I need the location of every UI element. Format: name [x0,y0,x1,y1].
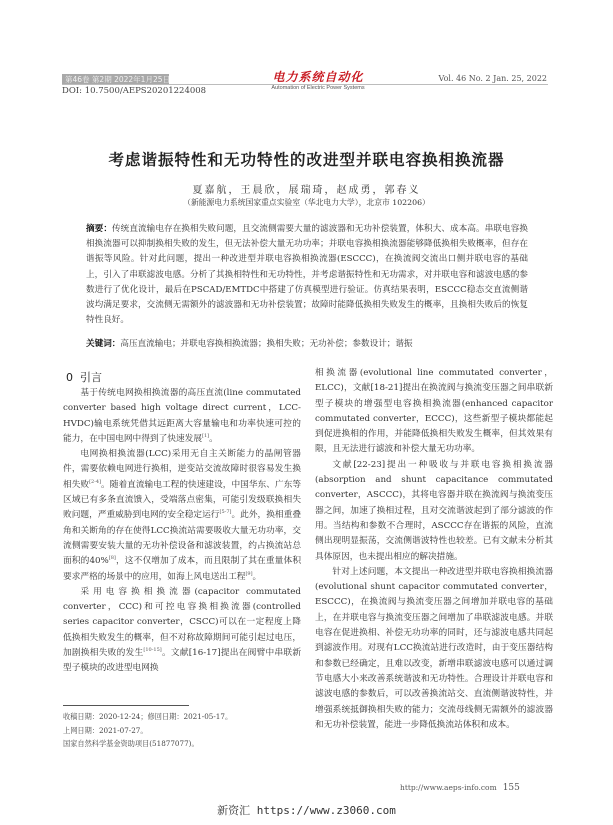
page-footer: http://www.aeps-info.com155 [400,783,520,793]
footnote-rule [63,705,189,706]
journal-name-cn: 电力系统自动化 [258,70,378,84]
abstract-text: 传统直流输电存在换相失败问题，且交流侧需要大量的滤波器和无功补偿装置，体积大、成… [86,224,528,325]
received-date: 收稿日期：2020-12-24；修回日期：2021-05-17。 [63,710,232,724]
online-date: 上网日期：2021-07-27。 [63,724,232,738]
paragraph: 相换流器(evolutional line commutated convert… [315,366,553,458]
keywords-label: 关键词： [86,339,120,349]
paragraph: 针对上述问题，本文提出一种改进型并联电容换相换流器(evolutional sh… [315,565,553,733]
citation: [9] [245,571,252,577]
journal-name-en: Automation of Electric Power Systems [258,84,378,92]
paragraph: 文献[22-23]提出一种吸收与并联电容换相换流器(absorption and… [315,458,553,565]
funding: 国家自然科学基金资助项目(51877077)。 [63,737,232,751]
citation: [10-15] [143,647,161,653]
paragraph: 电网换相换流器(LCC)采用无自主关断能力的晶闸管器件，需要依赖电网进行换相，逆… [63,447,301,585]
journal-logo: 电力系统自动化 Automation of Electric Power Sys… [258,70,378,92]
watermark: 新资汇 https://www.z3060.com [0,802,613,818]
section-title: 引言 [80,371,102,384]
abstract-label: 摘要： [86,224,112,234]
citation: [2-4] [89,479,101,485]
keywords: 关键词：高压直流输电；并联电容换相换流器；换相失败；无功补偿；参数设计；谐振 [86,337,528,352]
page-number: 155 [503,783,520,793]
keywords-text: 高压直流输电；并联电容换相换流器；换相失败；无功补偿；参数设计；谐振 [120,339,412,349]
section-number: 0 [66,371,73,384]
affiliation: （新能源电力系统国家重点实验室（华北电力大学），北京市 102206） [0,197,613,208]
citation: [8] [109,555,116,561]
right-column: 相换流器(evolutional line commutated convert… [315,366,553,733]
paragraph: 采用电容换相换流器(capacitor commutated converter… [63,585,301,677]
authors: 夏嘉航，王晨欣，展瑞琦，赵成勇，郭春义 [0,181,613,196]
doi: DOI: 10.7500/AEPS20201224008 [62,86,206,96]
journal-url[interactable]: http://www.aeps-info.com [400,783,497,792]
paper-title: 考虑谐振特性和无功特性的改进型并联电容换相换流器 [0,148,613,170]
paragraph: 基于传统电网换相换流器的高压直流(line commutated convert… [63,386,301,447]
abstract: 摘要：传统直流输电存在换相失败问题，且交流侧需要大量的滤波器和无功补偿装置，体积… [86,222,528,328]
footnotes: 收稿日期：2020-12-24；修回日期：2021-05-17。 上网日期：20… [63,710,232,751]
volume-info: Vol. 46 No. 2 Jan. 25, 2022 [439,74,547,83]
section-heading: 0 引言 [66,369,102,385]
left-column: 基于传统电网换相换流器的高压直流(line commutated convert… [63,386,301,677]
citation: [5-7] [220,509,232,515]
